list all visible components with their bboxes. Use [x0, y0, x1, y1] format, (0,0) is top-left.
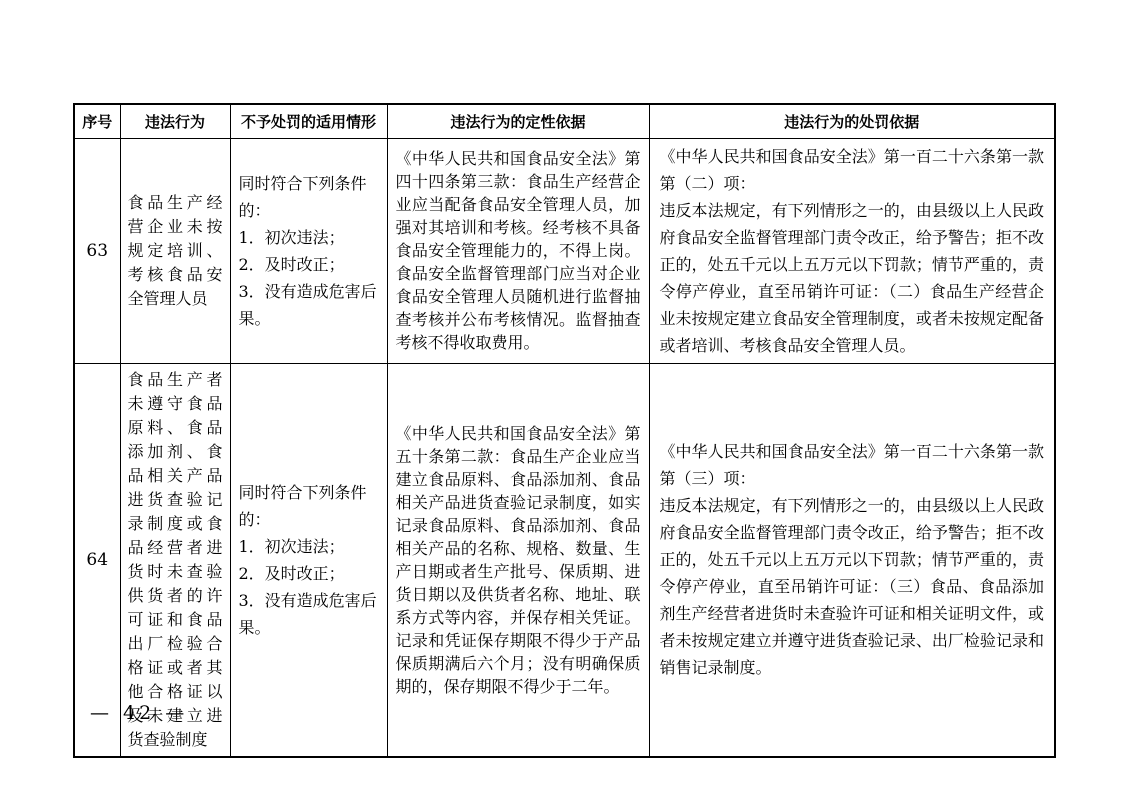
qualitative-basis-text: 《中华人民共和国食品安全法》第四十四条第三款：食品生产经营企业应当配备食品安全管…: [387, 138, 649, 363]
header-cell-qualitative-basis: 违法行为的定性依据: [387, 104, 649, 138]
document-page: 序号 违法行为 不予处罚的适用情形 违法行为的定性依据 违法行为的处罚依据 63…: [0, 0, 1122, 793]
serial-number: 64: [74, 363, 120, 757]
penalty-basis-text: 《中华人民共和国食品安全法》第一百二十六条第一款第（二）项： 违反本法规定，有下…: [649, 138, 1055, 363]
table-row-64: 64 食品生产者未遵守食品原料、食品添加剂、食品相关产品进货查验记录制度或食品经…: [74, 363, 1055, 757]
exemption-conditions: 同时符合下列条件的： 1．初次违法； 2．及时改正； 3．没有造成危害后果。: [230, 138, 387, 363]
exemption-conditions: 同时符合下列条件的： 1．初次违法； 2．及时改正； 3．没有造成危害后果。: [230, 363, 387, 757]
serial-number: 63: [74, 138, 120, 363]
qualitative-basis-text: 《中华人民共和国食品安全法》第五十条第二款：食品生产企业应当建立食品原料、食品添…: [387, 363, 649, 757]
table-row-63: 63 食品生产经营企业未按规定培训、考核食品安全管理人员 同时符合下列条件的： …: [74, 138, 1055, 363]
penalty-basis-text: 《中华人民共和国食品安全法》第一百二十六条第一款第（三）项： 违反本法规定，有下…: [649, 363, 1055, 757]
header-cell-exemption: 不予处罚的适用情形: [230, 104, 387, 138]
behavior-text: 食品生产经营企业未按规定培训、考核食品安全管理人员: [120, 138, 230, 363]
header-cell-penalty-basis: 违法行为的处罚依据: [649, 104, 1055, 138]
header-cell-serial: 序号: [74, 104, 120, 138]
behavior-text: 食品生产者未遵守食品原料、食品添加剂、食品相关产品进货查验记录制度或食品经营者进…: [120, 363, 230, 757]
table-header-row: 序号 违法行为 不予处罚的适用情形 违法行为的定性依据 违法行为的处罚依据: [74, 104, 1055, 138]
page-number: — 42 —: [90, 702, 188, 724]
header-cell-behavior: 违法行为: [120, 104, 230, 138]
violations-table: 序号 违法行为 不予处罚的适用情形 违法行为的定性依据 违法行为的处罚依据 63…: [73, 103, 1056, 758]
